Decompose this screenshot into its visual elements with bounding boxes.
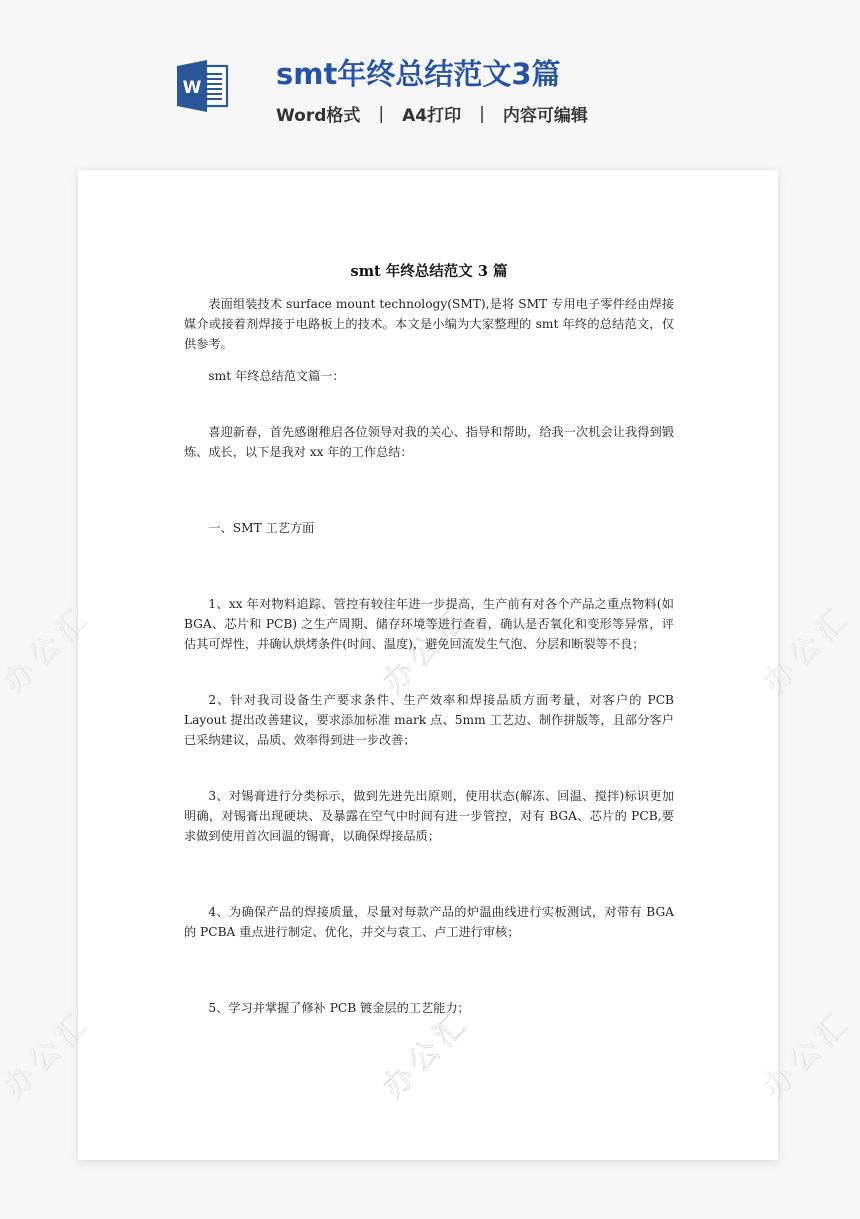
list-item-1: 1、xx 年对物料追踪、管控有较往年进一步提高，生产前有对各个产品之重点物料(如… <box>184 594 674 654</box>
list-item-2: 2、针对我司设备生产要求条件、生产效率和焊接品质方面考量，对客户的 PCB La… <box>184 690 674 750</box>
feature-a4-print: A4打印 <box>402 101 461 126</box>
list-item-5: 5、学习并掌握了修补 PCB 镀金层的工艺能力； <box>184 998 674 1018</box>
list-item-4: 4、为确保产品的焊接质量，尽量对每款产品的炉温曲线进行实板测试，对带有 BGA … <box>184 902 674 942</box>
separator: | <box>479 104 485 124</box>
word-icon: W <box>175 58 231 114</box>
page-heading: smt 年终总结范文 3 篇 <box>184 262 674 282</box>
page-content: smt 年终总结范文 3 篇 表面组装技术 surface mount tech… <box>184 262 674 1018</box>
greeting-paragraph: 喜迎新春，首先感谢稚启各位领导对我的关心、指导和帮助，给我一次机会让我得到锻炼、… <box>184 422 674 462</box>
feature-tags: Word格式 | A4打印 | 内容可编辑 <box>276 101 588 126</box>
document-title: smt年终总结范文3篇 <box>276 52 561 93</box>
subsection-heading: 一、SMT 工艺方面 <box>184 518 674 538</box>
separator: | <box>378 104 384 124</box>
intro-paragraph: 表面组装技术 surface mount technology(SMT),是将 … <box>184 294 674 354</box>
document-header: W smt年终总结范文3篇 Word格式 | A4打印 | 内容可编辑 <box>0 0 860 160</box>
section-heading-1: smt 年终总结范文篇一： <box>184 366 674 386</box>
list-item-3: 3、对锡膏进行分类标示，做到先进先出原则，使用状态(解冻、回温、搅拌)标识更加明… <box>184 786 674 846</box>
svg-text:W: W <box>183 78 202 98</box>
document-page: smt 年终总结范文 3 篇 表面组装技术 surface mount tech… <box>78 170 778 1160</box>
feature-word-format: Word格式 <box>276 101 360 126</box>
feature-editable: 内容可编辑 <box>503 101 588 126</box>
